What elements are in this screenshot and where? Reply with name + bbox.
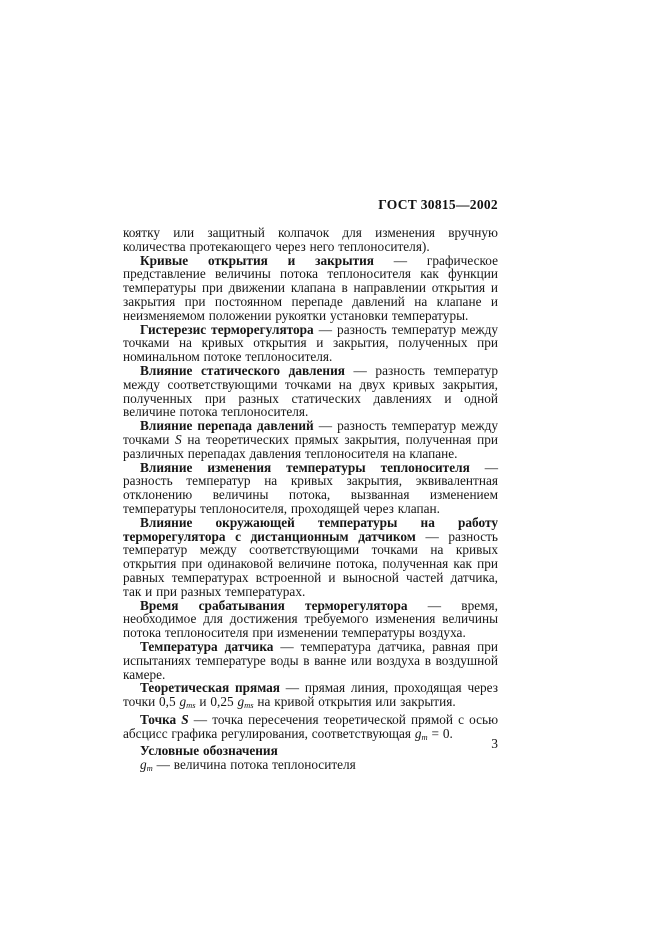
page-number: 3 (123, 736, 498, 752)
text-segment: S (181, 712, 188, 727)
text-segment: — величина потока теплоносителя (153, 757, 356, 772)
text-segment: Влияние статического давления (140, 363, 345, 378)
paragraph: Влияние статического давления — разность… (123, 364, 498, 419)
document-body: коятку или защитный колпачок для изменен… (123, 226, 498, 776)
text-segment: на кривой открытия или закрытия. (254, 694, 456, 709)
text-segment: S (175, 432, 182, 447)
paragraph: Теоретическая прямая — прямая линия, про… (123, 681, 498, 713)
paragraph: gm — величина потока теплоносителя (123, 758, 498, 776)
text-segment: и 0,25 (196, 694, 238, 709)
paragraph: Кривые открытия и закрытия — графическое… (123, 254, 498, 323)
text-segment: Температура датчика (140, 639, 273, 654)
text-segment: Время срабатывания терморегулятора (140, 598, 408, 613)
text-segment: ms (244, 700, 253, 710)
paragraph: Гистерезис терморегулятора — разность те… (123, 323, 498, 364)
text-segment: Теоретическая прямая (140, 680, 280, 695)
paragraph: Влияние изменения температуры теплоносит… (123, 461, 498, 516)
paragraph: Время срабатывания терморегулятора — вре… (123, 599, 498, 640)
text-segment: g (140, 757, 147, 772)
text-segment: Влияние изменения температуры теплоносит… (140, 460, 470, 475)
paragraph: Температура датчика — температура датчик… (123, 640, 498, 681)
paragraph: Влияние перепада давлений — разность тем… (123, 419, 498, 460)
text-segment: Гистерезис терморегулятора (140, 322, 314, 337)
paragraph: Влияние окружающей температуры на работу… (123, 516, 498, 599)
text-segment: ms (186, 700, 195, 710)
document-page: ГОСТ 30815—2002 коятку или защитный колп… (0, 0, 661, 935)
text-segment: Влияние перепада давлений (140, 418, 314, 433)
paragraph: коятку или защитный колпачок для изменен… (123, 226, 498, 254)
doc-code-header: ГОСТ 30815—2002 (123, 197, 498, 213)
text-segment: Кривые открытия и закрытия (140, 253, 374, 268)
text-segment: Точка (140, 712, 181, 727)
text-segment: коятку или защитный колпачок для изменен… (123, 225, 498, 254)
